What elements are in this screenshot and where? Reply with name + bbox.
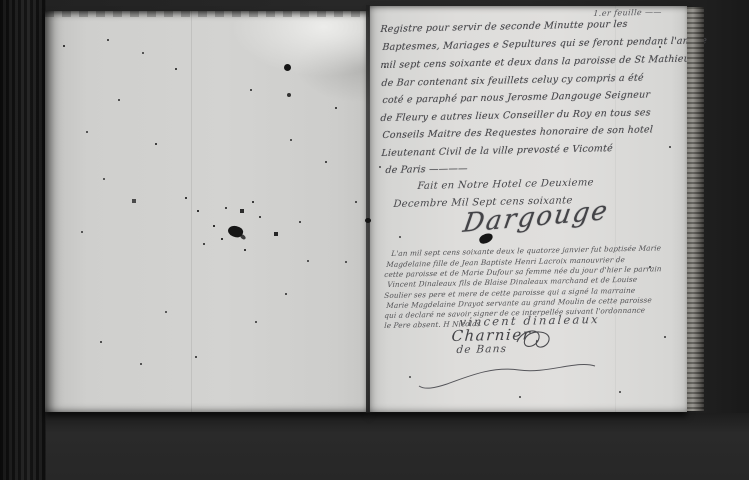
manuscript-line: Baptesmes, Mariages e Sepultures qui se … [382,35,707,53]
blank-verso-page [45,11,369,412]
manuscript-line: coté e paraphé par nous Jerosme Dangouge… [382,89,650,106]
fold-crease [191,11,192,412]
recto-page: 1.er feuille —— Registre pour servir de … [369,6,687,412]
book-fore-edge [687,7,704,411]
manuscript-line: mil sept cens soixante et deux dans la p… [380,53,690,71]
fold-crease [615,6,616,412]
scanned-register-spread: 1.er feuille —— Registre pour servir de … [0,0,749,480]
manuscript-line: Lieutenant Civil de la ville prevosté e … [381,143,613,159]
manuscript-line: de Bar contenant six feuillets celuy cy … [381,72,644,89]
center-gutter [366,5,370,413]
ink-blot [365,218,371,223]
ink-blot [239,234,246,241]
folio-number-label: 1.er feuille —— [593,8,662,18]
signature-underline-flourish [417,352,599,394]
page-top-grime [45,11,369,17]
manuscript-line: Registre pour servir de seconde Minutte … [380,19,628,35]
book-spine-shadow [0,0,46,480]
manuscript-line: Conseils Maitre des Requestes honoraire … [382,124,653,141]
manuscript-line: de Paris ———— [385,163,468,176]
signature-paraph-flourish [515,326,559,354]
manuscript-line: de Fleury e autres lieux Conseiller du R… [380,107,651,124]
ink-blot [287,93,291,97]
manuscript-line: Fait en Notre Hotel ce Deuxieme [417,177,594,192]
ink-blot [284,64,291,71]
paper-specks [45,11,47,13]
